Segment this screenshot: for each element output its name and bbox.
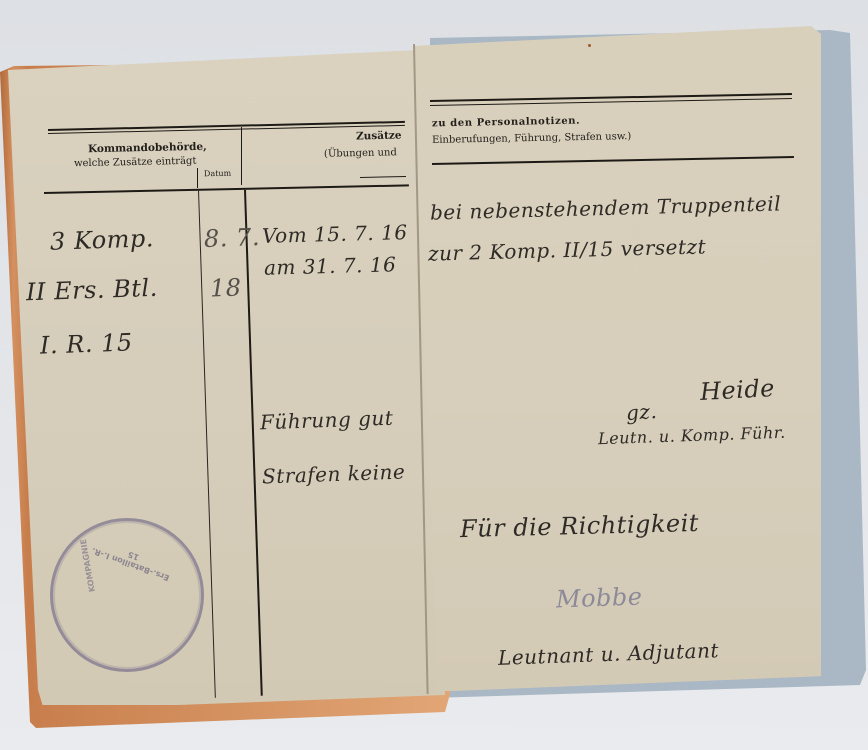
entry-unit-company: 3 Komp.: [50, 224, 155, 256]
header-uebungen: (Übungen und: [324, 147, 397, 160]
open-pass-book: Kommandobehörde, welche Zusätze einträgt…: [0, 0, 868, 750]
header-zusaetze: Zusätze: [356, 130, 402, 143]
signature-prefix: gz.: [625, 399, 658, 425]
entry-conduct: Führung gut: [260, 406, 394, 435]
paper-speck: [588, 44, 591, 47]
official-stamp: Ers.-Bataillon I.-R. 15 KOMPAGNIE: [50, 518, 204, 672]
header-datum: Datum: [204, 169, 231, 179]
datum-divider: [197, 168, 198, 188]
entry-punishments: Strafen keine: [262, 460, 406, 489]
signature-mobbe: Mobbe: [556, 582, 643, 613]
entry-from-date: Vom 15. 7. 16: [262, 220, 408, 248]
stamp-text-arc: Ers.-Bataillon I.-R. 15: [87, 536, 178, 584]
header-kommandobehoerde: Kommandobehörde,: [88, 141, 207, 155]
entry-unit-regiment: I. R. 15: [40, 328, 134, 359]
entry-date-day-month: 8. 7.: [204, 223, 261, 253]
signature-heide: Heide: [699, 374, 775, 406]
entry-date-year: 18: [210, 273, 243, 302]
entry-on-date: am 31. 7. 16: [264, 252, 397, 279]
header-col-divider: [241, 127, 242, 185]
entry-unit-battalion: II Ers. Btl.: [26, 274, 159, 307]
